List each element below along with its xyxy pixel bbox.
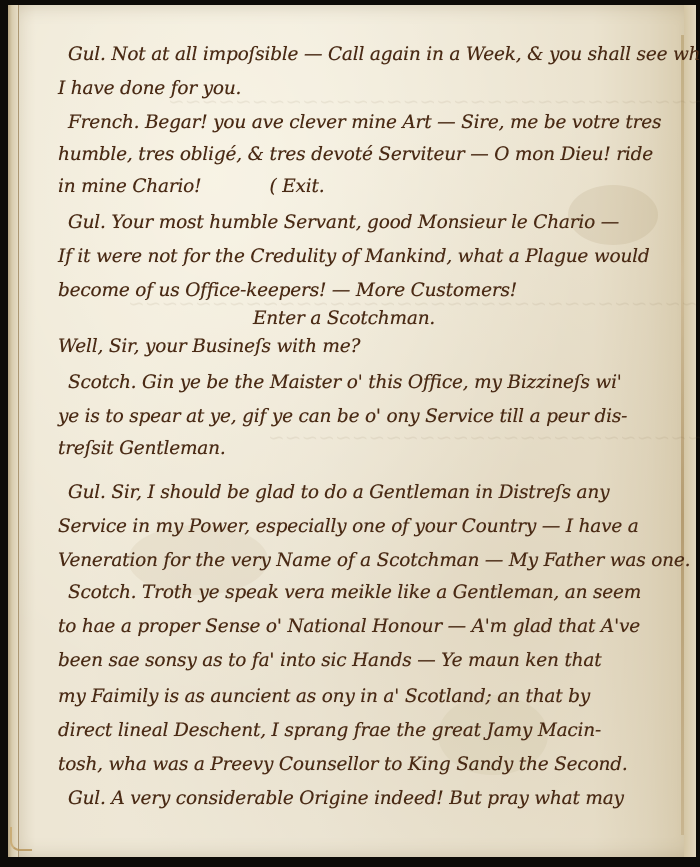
manuscript-line: humble, tres obligé, & tres devoté Servi… bbox=[58, 143, 653, 167]
manuscript-line: my Faimily is as auncient as ony in a' S… bbox=[58, 685, 590, 709]
manuscript-line: Service in my Power, especially one of y… bbox=[58, 515, 639, 539]
manuscript-line: Gul. Your most humble Servant, good Mons… bbox=[68, 211, 619, 235]
bleed-through-text: ~~~~~~~~~~~~~~~~~~~~~~~~~~~~~~~~~~~~~ bbox=[168, 89, 700, 113]
manuscript-line: Scotch. Gin ye be the Maister o' this Of… bbox=[68, 371, 622, 395]
manuscript-line: tosh, wha was a Preevy Counsellor to Kin… bbox=[58, 753, 628, 777]
manuscript-line: ye is to spear at ye, gif ye can be o' o… bbox=[58, 405, 627, 429]
page-stack-corner bbox=[10, 827, 32, 851]
manuscript-line: been sae sonsy as to fa' into sic Hands … bbox=[58, 649, 601, 673]
manuscript-line: French. Begar! you ave clever mine Art —… bbox=[68, 111, 661, 135]
manuscript-line: direct lineal Deschent, I sprang frae th… bbox=[58, 719, 601, 743]
manuscript-line: Scotch. Troth ye speak vera meikle like … bbox=[68, 581, 641, 605]
manuscript-line: in mine Chario! ( Exit. bbox=[58, 175, 324, 199]
stage-direction: Enter a Scotchman. bbox=[253, 307, 435, 331]
manuscript-line: become of us Office-keepers! — More Cust… bbox=[58, 279, 517, 303]
manuscript-line: Gul. Sir, I should be glad to do a Gentl… bbox=[68, 481, 609, 505]
manuscript-line: If it were not for the Credulity of Mank… bbox=[58, 245, 650, 269]
page-left-edge bbox=[8, 5, 19, 857]
manuscript-line: to hae a proper Sense o' National Honour… bbox=[58, 615, 640, 639]
manuscript-line: Gul. A very considerable Origine indeed!… bbox=[68, 787, 624, 811]
manuscript-page: ~~~~~~~~~~~~~~~~~~~~~~~~~~~~~~~~~~~~~ ~~… bbox=[8, 5, 696, 857]
manuscript-frame: ~~~~~~~~~~~~~~~~~~~~~~~~~~~~~~~~~~~~~ ~~… bbox=[0, 0, 700, 867]
manuscript-line: Gul. Not at all impoſsible — Call again … bbox=[68, 43, 700, 67]
manuscript-line: treſsit Gentleman. bbox=[58, 437, 226, 461]
manuscript-line: I have done for you. bbox=[58, 77, 241, 101]
manuscript-line: Veneration for the very Name of a Scotch… bbox=[58, 549, 690, 573]
manuscript-line: Well, Sir, your Busineſs with me? bbox=[58, 335, 360, 359]
